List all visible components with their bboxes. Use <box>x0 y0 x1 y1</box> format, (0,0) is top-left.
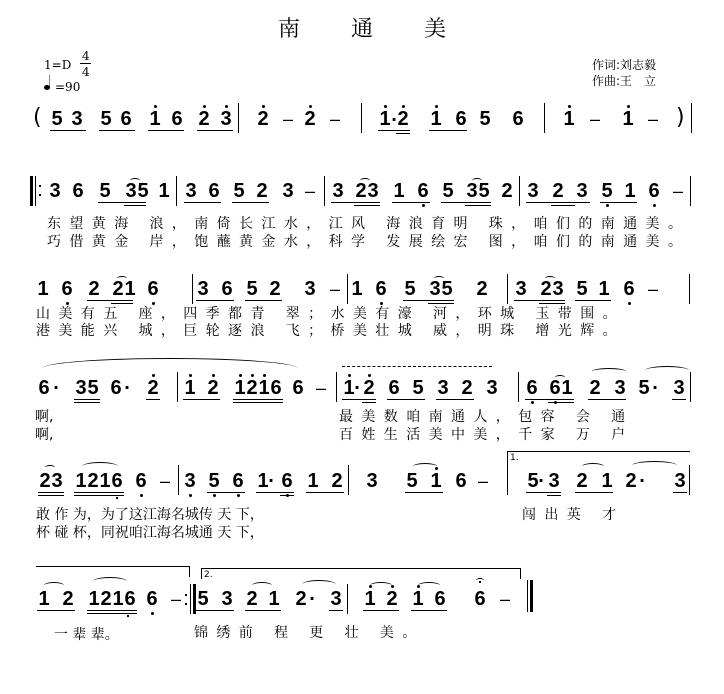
underline <box>588 399 626 400</box>
volta-1-label: 1. <box>510 453 519 463</box>
underline <box>403 300 454 301</box>
note: 1 <box>392 180 406 202</box>
note: 5 <box>411 377 425 399</box>
slur <box>413 463 437 470</box>
underline <box>256 492 294 493</box>
augmentation-dot: · <box>354 378 360 397</box>
note: 5 <box>136 180 150 202</box>
score-mark <box>185 594 187 596</box>
underline <box>233 399 283 400</box>
slur <box>592 368 626 375</box>
underline <box>539 303 565 304</box>
lyrics-ending-1: 一 辈 辈。 <box>36 611 119 659</box>
close-paren: ) <box>676 105 685 130</box>
barline <box>324 176 325 206</box>
underline <box>411 610 447 611</box>
note: 6 <box>525 377 539 399</box>
augmentation-dot: · <box>652 378 658 397</box>
note: 6 <box>416 180 430 202</box>
dash: – <box>316 377 326 399</box>
note: 1 <box>597 278 611 300</box>
dash: – <box>648 108 658 130</box>
lyrics-verse-1: 山美有五 座，四季都青 翠；水美有濠 河，环城 玉带围。 <box>36 306 625 322</box>
barline <box>544 103 545 133</box>
note: 5 <box>637 377 651 399</box>
note: 5 <box>196 588 210 610</box>
score-mark <box>342 366 492 368</box>
augmentation-dot: · <box>53 378 59 397</box>
note: 5 <box>232 180 246 202</box>
dash: – <box>305 180 315 202</box>
barline <box>507 274 508 304</box>
dash: – <box>160 470 170 492</box>
underline <box>378 130 410 131</box>
underline <box>196 610 234 611</box>
note: 2 <box>61 588 75 610</box>
underline <box>672 399 686 400</box>
underline <box>74 495 124 496</box>
note: 3 <box>196 278 210 300</box>
note: 2 <box>588 377 602 399</box>
note: 3 <box>514 278 528 300</box>
slur <box>42 358 298 379</box>
slur <box>632 461 677 470</box>
underline <box>362 402 376 403</box>
note: 1 <box>621 108 635 130</box>
note: 2 <box>255 180 269 202</box>
augmentation-dot: · <box>538 471 544 490</box>
note: 6 <box>231 470 245 492</box>
note: 6 <box>119 108 133 130</box>
quarter-note-icon <box>44 75 51 91</box>
score-mark <box>127 615 129 617</box>
dash: – <box>330 278 340 300</box>
underline <box>207 492 245 493</box>
note: 5 <box>98 180 112 202</box>
underline <box>396 133 410 134</box>
underline <box>525 399 574 400</box>
note: 3 <box>551 278 565 300</box>
barline <box>690 176 691 206</box>
time-signature-top: 4 <box>82 49 90 63</box>
lyrics-verse-2-ah: 啊, <box>35 427 53 443</box>
note: 3 <box>329 588 343 610</box>
note: 2 <box>330 470 344 492</box>
slur <box>434 276 444 281</box>
note: 1 <box>36 278 50 300</box>
underline <box>74 402 100 403</box>
note: 1 <box>600 470 614 492</box>
dash: – <box>590 108 600 130</box>
barline <box>519 176 520 206</box>
note: 3 <box>183 470 197 492</box>
note: 5 <box>99 108 113 130</box>
lyrics-verse-2: 港美能兴 城，巨轮逐浪 飞；桥美壮城 威，明珠 增光辉。 <box>36 323 625 339</box>
repeat-dot <box>39 194 41 196</box>
note: 6 <box>387 377 401 399</box>
note: 1 <box>157 180 171 202</box>
note: 3 <box>485 377 499 399</box>
note: 3 <box>331 180 345 202</box>
underline <box>331 202 380 203</box>
barline <box>178 465 179 495</box>
note: 6 <box>170 108 184 130</box>
dash: – <box>171 588 181 610</box>
note: 6 <box>60 278 74 300</box>
dash: – <box>330 108 340 130</box>
repeat-start-thin <box>35 176 36 206</box>
note: 2 <box>197 108 211 130</box>
underline <box>98 202 146 203</box>
dash: – <box>648 278 658 300</box>
lyrics-verse-1: 敢 作 为，为了这江海名城传 天 下， <box>36 507 264 523</box>
lyrics-verse-1: 东望黄海 浪，南倚长江水，江风 海浪育明 珠，咱们的南通美。 <box>47 216 690 232</box>
underline <box>441 202 491 203</box>
underline <box>184 202 221 203</box>
slur <box>555 375 565 380</box>
note: 5 <box>600 180 614 202</box>
note: 5 <box>477 180 491 202</box>
note: 2 <box>385 588 399 610</box>
note: 6 <box>454 108 468 130</box>
underline <box>526 492 561 493</box>
underline <box>526 202 590 203</box>
volta-2-bracket <box>201 568 521 579</box>
underline <box>600 202 637 203</box>
score-mark <box>116 497 118 499</box>
note: 1 <box>363 588 377 610</box>
note: 2 <box>256 108 270 130</box>
augmentation-dot: · <box>639 471 645 490</box>
note: 3 <box>70 108 84 130</box>
underline <box>551 205 575 206</box>
time-signature-line <box>80 63 91 64</box>
slur <box>360 178 370 183</box>
barline <box>177 372 178 402</box>
augmentation-dot: · <box>124 378 130 397</box>
note: 3 <box>673 470 687 492</box>
dash: – <box>478 470 488 492</box>
barline <box>238 103 239 133</box>
note: 6 <box>134 470 148 492</box>
tempo-marking: =90 <box>55 80 80 94</box>
underline <box>387 399 425 400</box>
barline <box>347 274 348 304</box>
lyrics-verse-2: 巧借黄金 岸，饱蘸黄金水，科学 发展绘宏 图，咱们的南通美。 <box>47 234 690 250</box>
note: 5 <box>403 278 417 300</box>
underline <box>87 300 133 301</box>
open-paren: ( <box>33 105 42 130</box>
note: 3 <box>575 180 589 202</box>
underline <box>306 492 344 493</box>
barline <box>192 274 193 304</box>
note: 2 <box>206 377 220 399</box>
note: 5 <box>441 180 455 202</box>
repeat-start-thick <box>30 176 33 206</box>
note: 3 <box>184 180 198 202</box>
slur <box>117 276 127 281</box>
barline <box>347 584 348 614</box>
note: 5 <box>245 278 259 300</box>
lyrics-volta-1: 闯出英 才 <box>522 507 624 523</box>
final-barline-thin <box>527 580 528 612</box>
augmentation-dot: · <box>268 471 274 490</box>
note: 1 <box>123 278 137 300</box>
note: 2 <box>475 278 489 300</box>
underline <box>233 402 283 403</box>
dash: – <box>500 588 510 610</box>
note: 6 <box>71 180 85 202</box>
underline <box>50 130 86 131</box>
underline <box>673 492 687 493</box>
note: 1 <box>183 377 197 399</box>
note: 2 <box>396 108 410 130</box>
underline <box>146 399 160 400</box>
barline <box>690 372 691 402</box>
note: 1 <box>411 588 425 610</box>
time-signature-bottom: 4 <box>82 65 90 79</box>
note: 2 <box>362 377 376 399</box>
note: 6 <box>622 278 636 300</box>
underline <box>575 492 613 493</box>
underline <box>99 130 135 131</box>
note: 5 <box>575 278 589 300</box>
underline <box>111 303 133 304</box>
note: 5 <box>50 108 64 130</box>
note: 6 <box>110 470 124 492</box>
underline <box>436 399 474 400</box>
note: 6 <box>280 470 294 492</box>
note: 6 <box>511 108 525 130</box>
note: 6 <box>374 278 388 300</box>
note: 3 <box>365 470 379 492</box>
note: 6 <box>433 588 447 610</box>
underline <box>428 303 454 304</box>
underline <box>38 492 64 493</box>
note: 1 <box>37 588 51 610</box>
note: 6 <box>269 377 283 399</box>
underline <box>548 402 574 403</box>
note: 6 <box>473 588 487 610</box>
underline <box>280 495 294 496</box>
underline <box>329 610 343 611</box>
barline <box>691 103 692 133</box>
dash: – <box>673 180 683 202</box>
note: 3 <box>220 588 234 610</box>
repeat-dot <box>39 185 41 187</box>
note: 1 <box>378 108 392 130</box>
note: 3 <box>281 180 295 202</box>
slur <box>582 463 604 470</box>
note: 5 <box>478 108 492 130</box>
underline <box>405 492 443 493</box>
slur <box>130 178 140 183</box>
underline <box>342 399 376 400</box>
underline <box>575 300 611 301</box>
note: 6 <box>647 180 661 202</box>
underline <box>124 205 146 206</box>
note: 6 <box>146 278 160 300</box>
volta-1-bracket-end <box>36 566 190 577</box>
note: 2 <box>294 588 308 610</box>
note: 3 <box>366 180 380 202</box>
lyrics-verse-1: 最美数咱南通人，包容 会 通 <box>339 409 634 425</box>
note: 1 <box>429 470 443 492</box>
song-title: 南 通 美 <box>0 12 724 43</box>
note: 1 <box>350 278 364 300</box>
underline <box>74 492 124 493</box>
underline <box>74 399 100 400</box>
note: 6 <box>123 588 137 610</box>
note: 3 <box>436 377 450 399</box>
barline <box>361 103 362 133</box>
note: 3 <box>219 108 233 130</box>
slur <box>472 178 482 183</box>
note: 2 <box>551 180 565 202</box>
barline <box>518 372 519 402</box>
underline <box>363 610 399 611</box>
note: 1 <box>267 588 281 610</box>
slur <box>645 366 689 375</box>
note: 6 <box>220 278 234 300</box>
note: 3 <box>547 470 561 492</box>
underline <box>196 300 234 301</box>
underline <box>245 300 282 301</box>
note: 1 <box>562 108 576 130</box>
underline <box>429 130 467 131</box>
score-mark <box>479 581 481 583</box>
augmentation-dot: · <box>309 589 315 608</box>
lyrics-verse-2: 杯 碰 杯，同祝咱江海名城通 天 下， <box>36 525 264 541</box>
underline <box>183 399 220 400</box>
note: 5 <box>405 470 419 492</box>
underline <box>514 300 565 301</box>
note: 1 <box>148 108 162 130</box>
underline <box>354 205 380 206</box>
note: 3 <box>303 278 317 300</box>
note: 2 <box>624 470 638 492</box>
note: 6 <box>37 377 51 399</box>
note: 3 <box>672 377 686 399</box>
lyrics-verse-1-ah: 啊, <box>35 409 53 425</box>
note: 6 <box>109 377 123 399</box>
slur <box>93 577 127 586</box>
volta-2-label: 2. <box>204 570 213 580</box>
barline <box>689 274 690 304</box>
note: 1 <box>306 470 320 492</box>
underline <box>465 205 491 206</box>
slur <box>545 276 555 281</box>
note: 3 <box>48 180 62 202</box>
underline <box>547 495 561 496</box>
note: 2 <box>500 180 514 202</box>
score-mark <box>185 603 187 605</box>
underline <box>245 610 281 611</box>
dash: – <box>283 108 293 130</box>
composer-credit: 作曲:王 立 <box>592 72 656 89</box>
note: 3 <box>613 377 627 399</box>
note: 5 <box>207 470 221 492</box>
note: 1 <box>623 180 637 202</box>
note: 6 <box>454 470 468 492</box>
barline <box>348 465 349 495</box>
barline <box>336 372 337 402</box>
final-barline-thick <box>530 580 533 612</box>
underline <box>38 495 64 496</box>
note: 6 <box>207 180 221 202</box>
note: 3 <box>50 470 64 492</box>
note: 1 <box>560 377 574 399</box>
note: 2 <box>460 377 474 399</box>
lyricist-credit: 作词:刘志毅 <box>592 56 656 73</box>
note: 3 <box>526 180 540 202</box>
lyrics-verse-2: 百姓生活美中美，千家 万 户 <box>339 427 634 443</box>
note: 5 <box>86 377 100 399</box>
note: 2 <box>146 377 160 399</box>
barline <box>507 465 508 495</box>
lyrics-ending-2: 锦绣前 程 更 壮 美。 <box>194 625 425 641</box>
note: 2 <box>87 278 101 300</box>
note: 2 <box>268 278 282 300</box>
note: 6 <box>145 588 159 610</box>
key-signature: 1=D <box>44 58 71 72</box>
barline <box>689 465 690 495</box>
note: 2 <box>245 588 259 610</box>
underline <box>148 130 184 131</box>
underline <box>197 130 233 131</box>
barline <box>176 176 177 206</box>
underline <box>392 202 430 203</box>
note: 6 <box>291 377 305 399</box>
note: 1 <box>429 108 443 130</box>
note: 2 <box>575 470 589 492</box>
note: 2 <box>303 108 317 130</box>
barline <box>190 584 191 614</box>
underline <box>232 202 269 203</box>
note: 5 <box>440 278 454 300</box>
